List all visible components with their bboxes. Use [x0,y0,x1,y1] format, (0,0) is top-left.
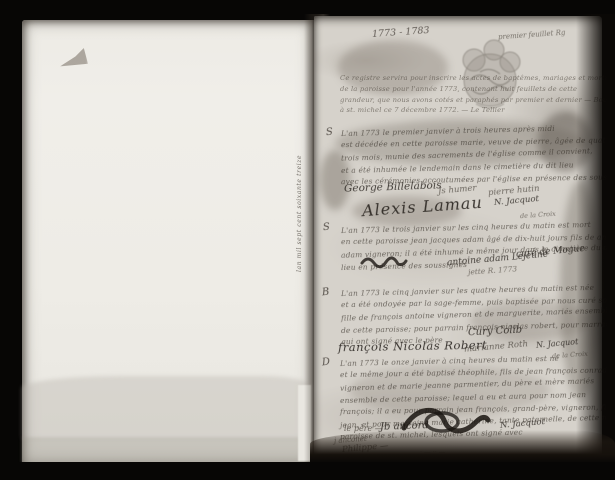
statement-line: de la paroisse pour l'année 1773, conten… [340,85,594,93]
record-1: L'an 1773 le premier janvier à trois heu… [341,126,593,187]
scanned-register-spread: lan mil sept cent soixante treize 1773 -… [0,0,615,480]
margin-letter: S [325,127,333,139]
record-line: et a été inhumée le lendemain dans le ci… [341,159,593,174]
gutter-vertical-note: lan mil sept cent soixante treize [296,186,303,272]
book-bottom-shadow [310,430,615,464]
statement-line: grandeur, que nous avons cotés et paraph… [340,96,594,104]
opening-statement: Ce registre servira pour inscrire les ac… [340,74,594,117]
left-page [22,20,314,463]
margin-letter: B [321,287,329,299]
background-bottom [0,462,615,480]
margin-letter: D [321,357,330,369]
margin-letter: S [322,222,330,234]
statement-line: Ce registre servira pour inscrire les ac… [340,74,594,82]
ink-scribble [360,254,408,268]
page-edge-shadow [576,14,615,466]
page-underlay-band-dark [22,437,314,463]
ink-smudge [60,47,88,68]
statement-line: à st. michel ce 7 décembre 1772. — Le Te… [340,106,594,114]
page-underlay-band [22,376,314,438]
